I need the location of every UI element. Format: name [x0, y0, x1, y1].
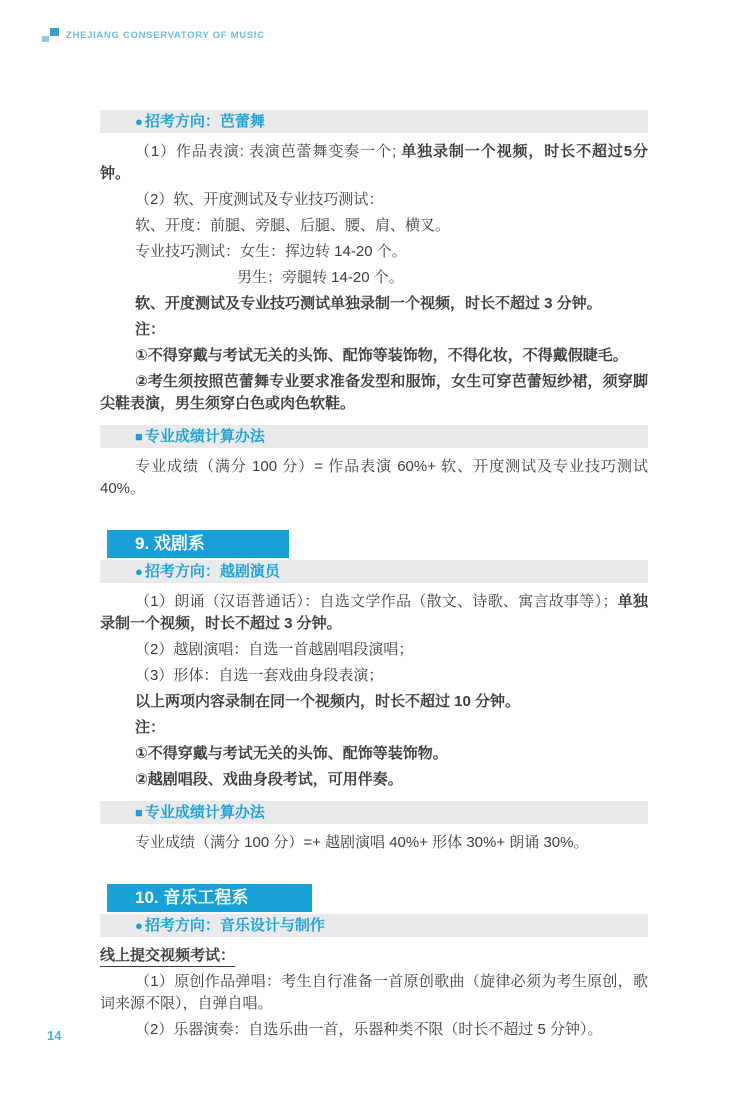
- ballet-note-1: ①不得穿戴与考试无关的头饰、配饰等装饰物，不得化妆，不得戴假睫毛。: [100, 345, 648, 367]
- logo-square-dark: [50, 28, 59, 36]
- page-content: ●招考方向：芭蕾舞 （1）作品表演: 表演芭蕾舞变奏一个; 单独录制一个视频，时…: [100, 110, 648, 1045]
- drama-paragraph-1: （1）朗诵（汉语普通话）：自选文学作品（散文、诗歌、寓言故事等）；单独录制一个视…: [100, 591, 648, 635]
- online-exam-label: 线上提交视频考试：: [100, 947, 235, 967]
- ballet-paragraph-6: 软、开度测试及专业技巧测试单独录制一个视频，时长不超过 3 分钟。: [100, 293, 648, 315]
- circle-bullet-icon: ●: [135, 918, 143, 933]
- score-bar-drama: ■专业成绩计算办法: [100, 801, 648, 824]
- ballet-paragraph-1: （1）作品表演: 表演芭蕾舞变奏一个; 单独录制一个视频，时长不超过5分钟。: [100, 141, 648, 185]
- drama-p1-normal: （1）朗诵（汉语普通话）：自选文学作品（散文、诗歌、寓言故事等）；: [135, 593, 617, 610]
- ballet-paragraph-4: 专业技巧测试：女生：挥边转 14-20 个。: [100, 241, 648, 263]
- online-exam-heading: 线上提交视频考试：: [100, 945, 648, 967]
- ballet-paragraph-5: 男生：旁腿转 14-20 个。: [100, 267, 648, 289]
- page-header: ZHEJIANG CONSERVATORY OF MUSIC: [42, 28, 265, 42]
- ballet-p1-normal: （1）作品表演: 表演芭蕾舞变奏一个;: [135, 143, 401, 160]
- music-paragraph-1: （1）原创作品弹唱：考生自行准备一首原创歌曲（旋律必须为考生原创，歌词来源不限）…: [100, 971, 648, 1015]
- header-title: ZHEJIANG CONSERVATORY OF MUSIC: [66, 30, 265, 41]
- drama-note-label: 注：: [100, 717, 648, 739]
- direction-bar-music-engineering: ●招考方向：音乐设计与制作: [100, 914, 648, 937]
- direction-bar-ballet: ●招考方向：芭蕾舞: [100, 110, 648, 133]
- direction-bar-drama: ●招考方向：越剧演员: [100, 560, 648, 583]
- ballet-score-formula: 专业成绩（满分 100 分）= 作品表演 60%+ 软、开度测试及专业技巧测试 …: [100, 456, 648, 500]
- conservatory-logo-icon: [42, 28, 59, 42]
- circle-bullet-icon: ●: [135, 564, 143, 579]
- drama-score-formula: 专业成绩（满分 100 分）=+ 越剧演唱 40%+ 形体 30%+ 朗诵 30…: [100, 832, 648, 854]
- direction-label-ballet: 招考方向：芭蕾舞: [145, 113, 265, 130]
- drama-note-1: ①不得穿戴与考试无关的头饰、配饰等装饰物。: [100, 743, 648, 765]
- ballet-paragraph-3: 软、开度：前腿、旁腿、后腿、腰、肩、横叉。: [100, 215, 648, 237]
- document-page: ZHEJIANG CONSERVATORY OF MUSIC ●招考方向：芭蕾舞…: [0, 0, 748, 1102]
- direction-label-music-engineering: 招考方向：音乐设计与制作: [145, 917, 325, 934]
- score-label-ballet: 专业成绩计算办法: [145, 428, 265, 445]
- drama-note-2: ②越剧唱段、戏曲身段考试，可用伴奏。: [100, 769, 648, 791]
- square-bullet-icon: ■: [135, 805, 143, 820]
- section-gap: [100, 504, 648, 530]
- department-banner-drama: 9. 戏剧系: [107, 530, 289, 558]
- score-bar-ballet: ■专业成绩计算办法: [100, 425, 648, 448]
- ballet-paragraph-2: （2）软、开度测试及专业技巧测试：: [100, 189, 648, 211]
- ballet-note-label: 注：: [100, 319, 648, 341]
- ballet-note-2: ②考生须按照芭蕾舞专业要求准备发型和服饰，女生可穿芭蕾短纱裙，须穿脚尖鞋表演，男…: [100, 371, 648, 415]
- circle-bullet-icon: ●: [135, 114, 143, 129]
- direction-label-drama: 招考方向：越剧演员: [145, 563, 280, 580]
- department-banner-music-engineering: 10. 音乐工程系: [107, 884, 312, 912]
- page-number: 14: [47, 1028, 61, 1043]
- section-gap: [100, 858, 648, 884]
- music-paragraph-2: （2）乐器演奏：自选乐曲一首，乐器种类不限（时长不超过 5 分钟）。: [100, 1019, 648, 1041]
- square-bullet-icon: ■: [135, 429, 143, 444]
- logo-square-light: [42, 36, 49, 42]
- drama-paragraph-2: （2）越剧演唱：自选一首越剧唱段演唱；: [100, 639, 648, 661]
- drama-paragraph-4: 以上两项内容录制在同一个视频内，时长不超过 10 分钟。: [100, 691, 648, 713]
- score-label-drama: 专业成绩计算办法: [145, 804, 265, 821]
- drama-paragraph-3: （3）形体：自选一套戏曲身段表演；: [100, 665, 648, 687]
